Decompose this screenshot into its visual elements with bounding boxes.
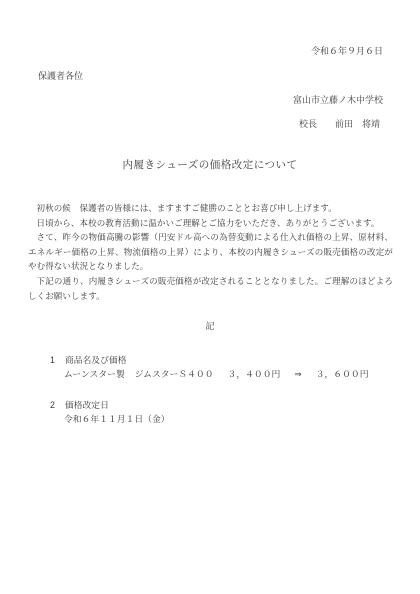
record-marker: 記 (0, 319, 420, 332)
product-model: ジムスターＳ４００ (135, 367, 214, 380)
body-paragraph-1: 初秋の候 保護者の皆様には、ますますご健勝のこととお喜び申し上げます。 (28, 201, 393, 216)
item-1-detail: ムーンスター製ジムスターＳ４００３，４００円⇒３，６００円 (64, 367, 369, 380)
body-paragraph-3: さて、昨今の物価高騰の影響（円安ドル高への為替変動による仕入れ価格の上昇、原材料… (28, 230, 393, 274)
product-maker: ムーンスター製 (64, 367, 125, 380)
item-2-heading-label: 価格改定日 (65, 400, 109, 410)
document-page: 令和６年９月６日 保護者各位 富山市立藤ノ木中学校 校長前田将靖 内履きシューズ… (0, 0, 420, 594)
old-price: ３，４００円 (228, 367, 281, 380)
body-paragraph-4: 下記の通り、内履きシューズの販売価格が改定されることとなりました。ご理解のほどよ… (28, 274, 393, 303)
recipient-line: 保護者各位 (38, 70, 83, 82)
item-1-heading-label: 商品名及び価格 (65, 355, 127, 365)
principal-title: 校長 (299, 119, 317, 129)
item-1-heading: 1商品名及び価格 (50, 353, 127, 366)
item-1-number: 1 (50, 355, 55, 365)
item-2-heading: 2価格改定日 (50, 398, 109, 411)
item-2-number: 2 (50, 400, 55, 410)
body-paragraph-2: 日頃から、本校の教育活動に温かいご理解とご協力をいただき、ありがとうございます。 (28, 216, 393, 231)
price-change-arrow-icon: ⇒ (294, 369, 301, 380)
body-text: 初秋の候 保護者の皆様には、ますますご健勝のこととお喜び申し上げます。 日頃から… (28, 201, 393, 303)
document-title: 内履きシューズの価格改定について (0, 157, 420, 172)
date-line: 令和６年９月６日 (311, 45, 383, 57)
item-2-detail: 令和６年１１月１日（金） (64, 412, 170, 425)
principal-line: 校長前田将靖 (299, 118, 380, 130)
principal-name: 前田将靖 (335, 119, 380, 129)
new-price: ３，６００円 (316, 367, 369, 380)
school-name-line: 富山市立藤ノ木中学校 (293, 94, 383, 106)
